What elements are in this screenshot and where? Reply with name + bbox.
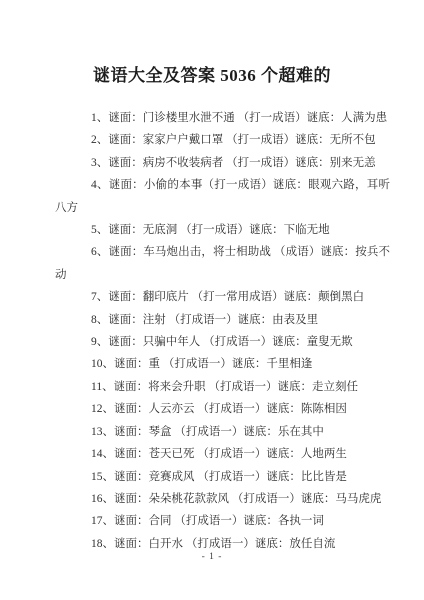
riddle-item: 7、谜面：翻印底片 （打一常用成语）谜底：颠倒黑白 [55, 286, 390, 308]
riddle-item: 14、谜面：苍天已死 （打成语一）谜底：人地两生 [55, 443, 390, 465]
riddle-item: 9、谜面：只骗中年人 （打成语一）谜底：童叟无欺 [55, 331, 390, 353]
riddle-item: 12、谜面：人云亦云 （打成语一）谜底：陈陈相因 [55, 398, 390, 420]
riddle-item: 17、谜面：合同 （打成语一）谜底：各执一词 [55, 510, 390, 532]
riddle-item: 16、谜面：朵朵桃花款款风 （打成语一）谜底：马马虎虎 [55, 488, 390, 510]
riddle-item: 1、谜面：门诊楼里水泄不通 （打一成语）谜底：人满为患 [55, 107, 390, 129]
riddle-item: 8、谜面：注射 （打成语一）谜底：由表及里 [55, 309, 390, 331]
riddle-item: 3、谜面：病房不收装病者 （打一成语）谜底：别来无恙 [55, 152, 390, 174]
riddle-item: 15、谜面：竞赛成风 （打成语一）谜底：比比皆是 [55, 466, 390, 488]
riddle-item: 11、谜面：将来会升职 （打成语一）谜底：走立刻任 [55, 376, 390, 398]
riddle-item: 13、谜面：琴盒 （打成语一）谜底：乐在其中 [55, 421, 390, 443]
document-page: 谜语大全及答案 5036 个超难的 1、谜面：门诊楼里水泄不通 （打一成语）谜底… [0, 0, 424, 600]
riddle-item: 5、谜面：无底洞 （打一成语）谜底：下临无地 [55, 219, 390, 241]
riddle-item: 2、谜面：家家户户戴口罩 （打一成语）谜底：无所不包 [55, 129, 390, 151]
riddle-item: 10、谜面：重 （打成语一）谜底：千里相逢 [55, 353, 390, 375]
riddle-list: 1、谜面：门诊楼里水泄不通 （打一成语）谜底：人满为患2、谜面：家家户户戴口罩 … [0, 107, 424, 555]
riddle-item: 6、谜面：车马炮出击，将士相助战 （成语）谜底：按兵不动 [55, 241, 390, 286]
document-title: 谜语大全及答案 5036 个超难的 [0, 0, 424, 86]
riddle-item: 4、谜面：小偷的本事（打一成语）谜底：眼观六路，耳听八方 [55, 174, 390, 219]
page-number: - 1 - [0, 552, 424, 562]
